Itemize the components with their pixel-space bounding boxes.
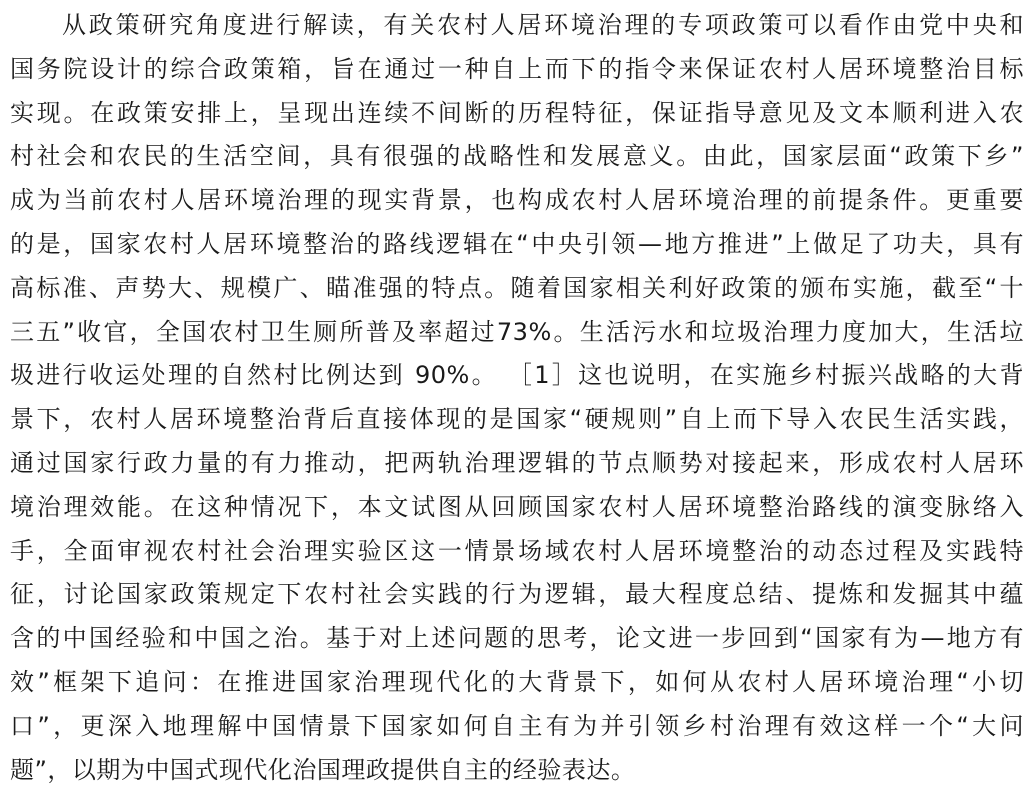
text-line: 从政策研究角度进行解读，有关农村人居环境治理的专项政策可以看作由党中央和 <box>10 4 1024 48</box>
text-line: 的是，国家农村人居环境整治的路线逻辑在“中央引领—地方推进”上做足了功夫，具有 <box>10 223 1024 267</box>
text-line: 高标准、声势大、规模广、瞄准强的特点。随着国家相关利好政策的颁布实施，截至“十 <box>10 267 1024 311</box>
document-body: 从政策研究角度进行解读，有关农村人居环境治理的专项政策可以看作由党中央和 国务院… <box>10 4 1024 792</box>
text-line: 通过国家行政力量的有力推动，把两轨治理逻辑的节点顺势对接起来，形成农村人居环 <box>10 442 1024 486</box>
body-paragraph: 从政策研究角度进行解读，有关农村人居环境治理的专项政策可以看作由党中央和 国务院… <box>10 4 1024 792</box>
text-line: 含的中国经验和中国之治。基于对上述问题的思考，论文进一步回到“国家有为—地方有 <box>10 617 1024 661</box>
text-line: 三五”收官，全国农村卫生厕所普及率超过73%。生活污水和垃圾治理力度加大，生活垃 <box>10 311 1024 355</box>
text-line: 成为当前农村人居环境治理的现实背景，也构成农村人居环境治理的前提条件。更重要 <box>10 179 1024 223</box>
text-line: 手，全面审视农村社会治理实验区这一情景场域农村人居环境整治的动态过程及实践特 <box>10 530 1024 574</box>
text-line-last: 题”，以期为中国式现代化治国理政提供自主的经验表达。 <box>10 749 1024 793</box>
text-line: 村社会和农民的生活空间，具有很强的战略性和发展意义。由此，国家层面“政策下乡” <box>10 135 1024 179</box>
text-line-with-citation: 圾进行收运处理的自然村比例达到 90%。 ［1］这也说明，在实施乡村振兴战略的大… <box>10 354 1024 398</box>
text-line: 实现。在政策安排上，呈现出连续不间断的历程特征，保证指导意见及文本顺利进入农 <box>10 92 1024 136</box>
text-line: 境治理效能。在这种情况下，本文试图从回顾国家农村人居环境整治路线的演变脉络入 <box>10 486 1024 530</box>
text-line: 效”框架下追问：在推进国家治理现代化的大背景下，如何从农村人居环境治理“小切 <box>10 661 1024 705</box>
text-line: 景下，农村人居环境整治背后直接体现的是国家“硬规则”自上而下导入农民生活实践， <box>10 398 1024 442</box>
text-line: 国务院设计的综合政策箱，旨在通过一种自上而下的指令来保证农村人居环境整治目标 <box>10 48 1024 92</box>
text-line: 口”，更深入地理解中国情景下国家如何自主有为并引领乡村治理有效这样一个“大问 <box>10 705 1024 749</box>
text-line: 征，讨论国家政策规定下农村社会实践的行为逻辑，最大程度总结、提炼和发掘其中蕴 <box>10 573 1024 617</box>
